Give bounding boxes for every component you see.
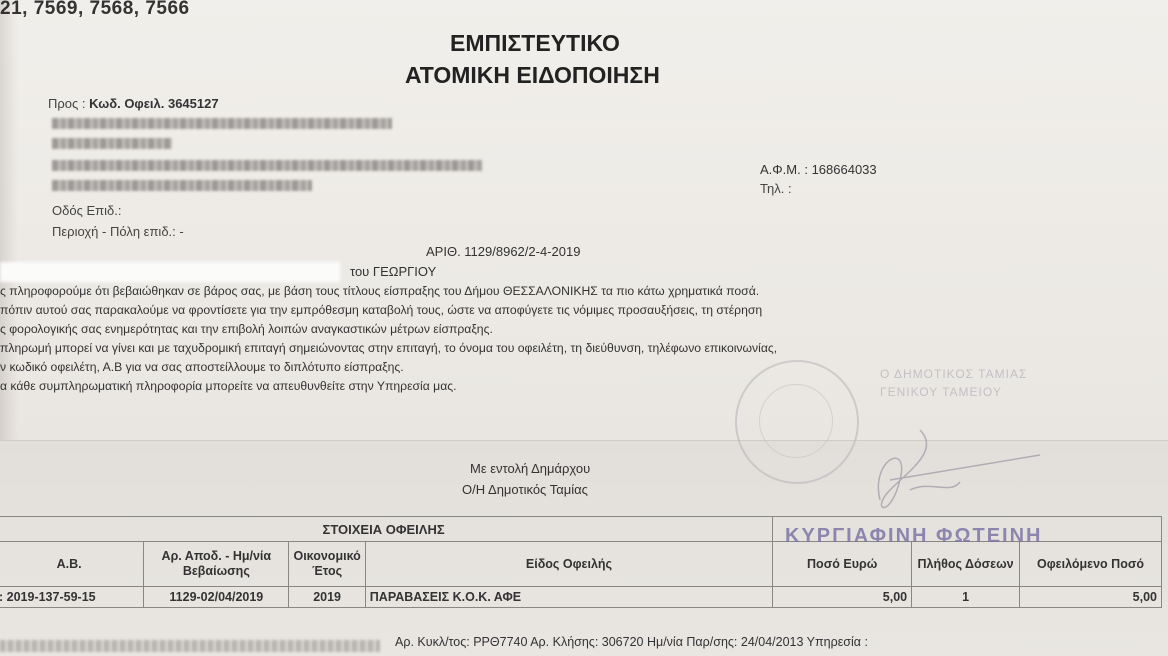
recipient-line: Προς : Κωδ. Οφειλ. 3645127 xyxy=(48,96,219,111)
father-name: του ΓΕΩΡΓΙΟΥ xyxy=(350,264,436,279)
redacted-detail xyxy=(0,640,380,652)
mayor-order-label: Με εντολή Δημάρχου xyxy=(470,461,590,476)
body-line: ν κωδικό οφειλέτη, Α.Β για να σας αποστε… xyxy=(0,360,404,374)
body-line: ς πληροφορούμε ότι βεβαιώθηκαν σε βάρος … xyxy=(0,284,759,298)
signature-icon xyxy=(850,420,1050,510)
owed-cell: 5,00 xyxy=(1020,587,1162,608)
column-header: Οικονομικό Έτος xyxy=(289,542,365,587)
document-page: 21, 7569, 7568, 7566 ΕΜΠΙΣΤΕΥΤΙΚΟ ΑΤΟΜΙΚ… xyxy=(0,0,1168,656)
amount-cell: 5,00 xyxy=(773,587,912,608)
violation-detail-line: Αρ. Κυκλ/τος: ΡΡΘ7740 Αρ. Κλήσης: 306720… xyxy=(395,635,868,649)
column-header: Αρ. Αποδ. - Ημ/νία Βεβαίωσης xyxy=(144,542,289,587)
area-label: Περιοχή - Πόλη επιδ.: xyxy=(52,224,176,239)
installments-cell: 1 xyxy=(912,587,1020,608)
tax-id-line: Α.Φ.Μ. : 168664033 xyxy=(760,162,877,177)
column-header: Ποσό Ευρώ xyxy=(773,542,912,587)
treasurer-label: Ο/Η Δημοτικός Ταμίας xyxy=(462,482,588,497)
area-value: - xyxy=(179,224,183,239)
stamp-text-title: Ο ΔΗΜΟΤΙΚΟΣ ΤΑΜΙΑΣ xyxy=(880,367,1027,381)
recipient-label: Προς : xyxy=(48,96,86,111)
area-line: Περιοχή - Πόλη επιδ.: - xyxy=(52,224,184,239)
body-line: πόπιν αυτού σας παρακαλούμε να φροντίσετ… xyxy=(0,303,762,317)
column-header: Πλήθος Δόσεων xyxy=(912,542,1020,587)
redacted-line xyxy=(52,138,172,149)
document-title-notice: ΑΤΟΜΙΚΗ ΕΙΔΟΠΟΙΗΣΗ xyxy=(405,62,660,89)
round-stamp-icon xyxy=(735,360,859,484)
reference-numbers: 21, 7569, 7568, 7566 xyxy=(0,0,190,20)
tax-id-label: Α.Φ.Μ. : xyxy=(760,162,808,177)
ab-cell: : 2019-137-59-15 xyxy=(0,587,144,608)
debtor-code: Κωδ. Οφειλ. 3645127 xyxy=(89,96,218,111)
redacted-recipient-name xyxy=(0,262,340,282)
section-title: ΣΤΟΙΧΕΙΑ ΟΦΕΙΛΗΣ xyxy=(0,517,773,542)
tax-id-value: 168664033 xyxy=(812,162,877,177)
body-line: ς φορολογικής σας ενημερότητας και την ε… xyxy=(0,322,493,336)
table-row: : 2019-137-59-15 1129-02/04/2019 2019 ΠΑ… xyxy=(0,587,1162,608)
column-header: Είδος Οφειλής xyxy=(365,542,772,587)
body-line: πληρωμή μπορεί να γίνει και με ταχυδρομι… xyxy=(0,341,777,355)
debt-type-cell: ΠΑΡΑΒΑΣΕΙΣ Κ.Ο.Κ. ΑΦΕ xyxy=(365,587,772,608)
street-label: Οδός Επιδ.: xyxy=(52,203,121,218)
redacted-address xyxy=(52,160,482,171)
redacted-name xyxy=(52,118,392,129)
redacted-address-2 xyxy=(52,180,312,191)
column-header: Α.Β. xyxy=(0,542,144,587)
signer-name-stamp: ΚΥΡΓΙΑΦΙΝΗ ΦΩΤΕΙΝΗ xyxy=(785,525,1042,548)
column-header: Οφειλόμενο Ποσό xyxy=(1020,542,1162,587)
document-title-confidential: ΕΜΠΙΣΤΕΥΤΙΚΟ xyxy=(450,30,620,57)
reference-number: ΑΡΙΘ. 1129/8962/2-4-2019 xyxy=(426,244,580,259)
assessment-cell: 1129-02/04/2019 xyxy=(144,587,289,608)
body-line: α κάθε συμπληρωματική πληροφορία μπορείτ… xyxy=(0,379,457,393)
year-cell: 2019 xyxy=(289,587,365,608)
stamp-text-office: ΓΕΝΙΚΟΥ ΤΑΜΕΙΟΥ xyxy=(880,385,1002,399)
phone-label: Τηλ. : xyxy=(760,181,792,196)
